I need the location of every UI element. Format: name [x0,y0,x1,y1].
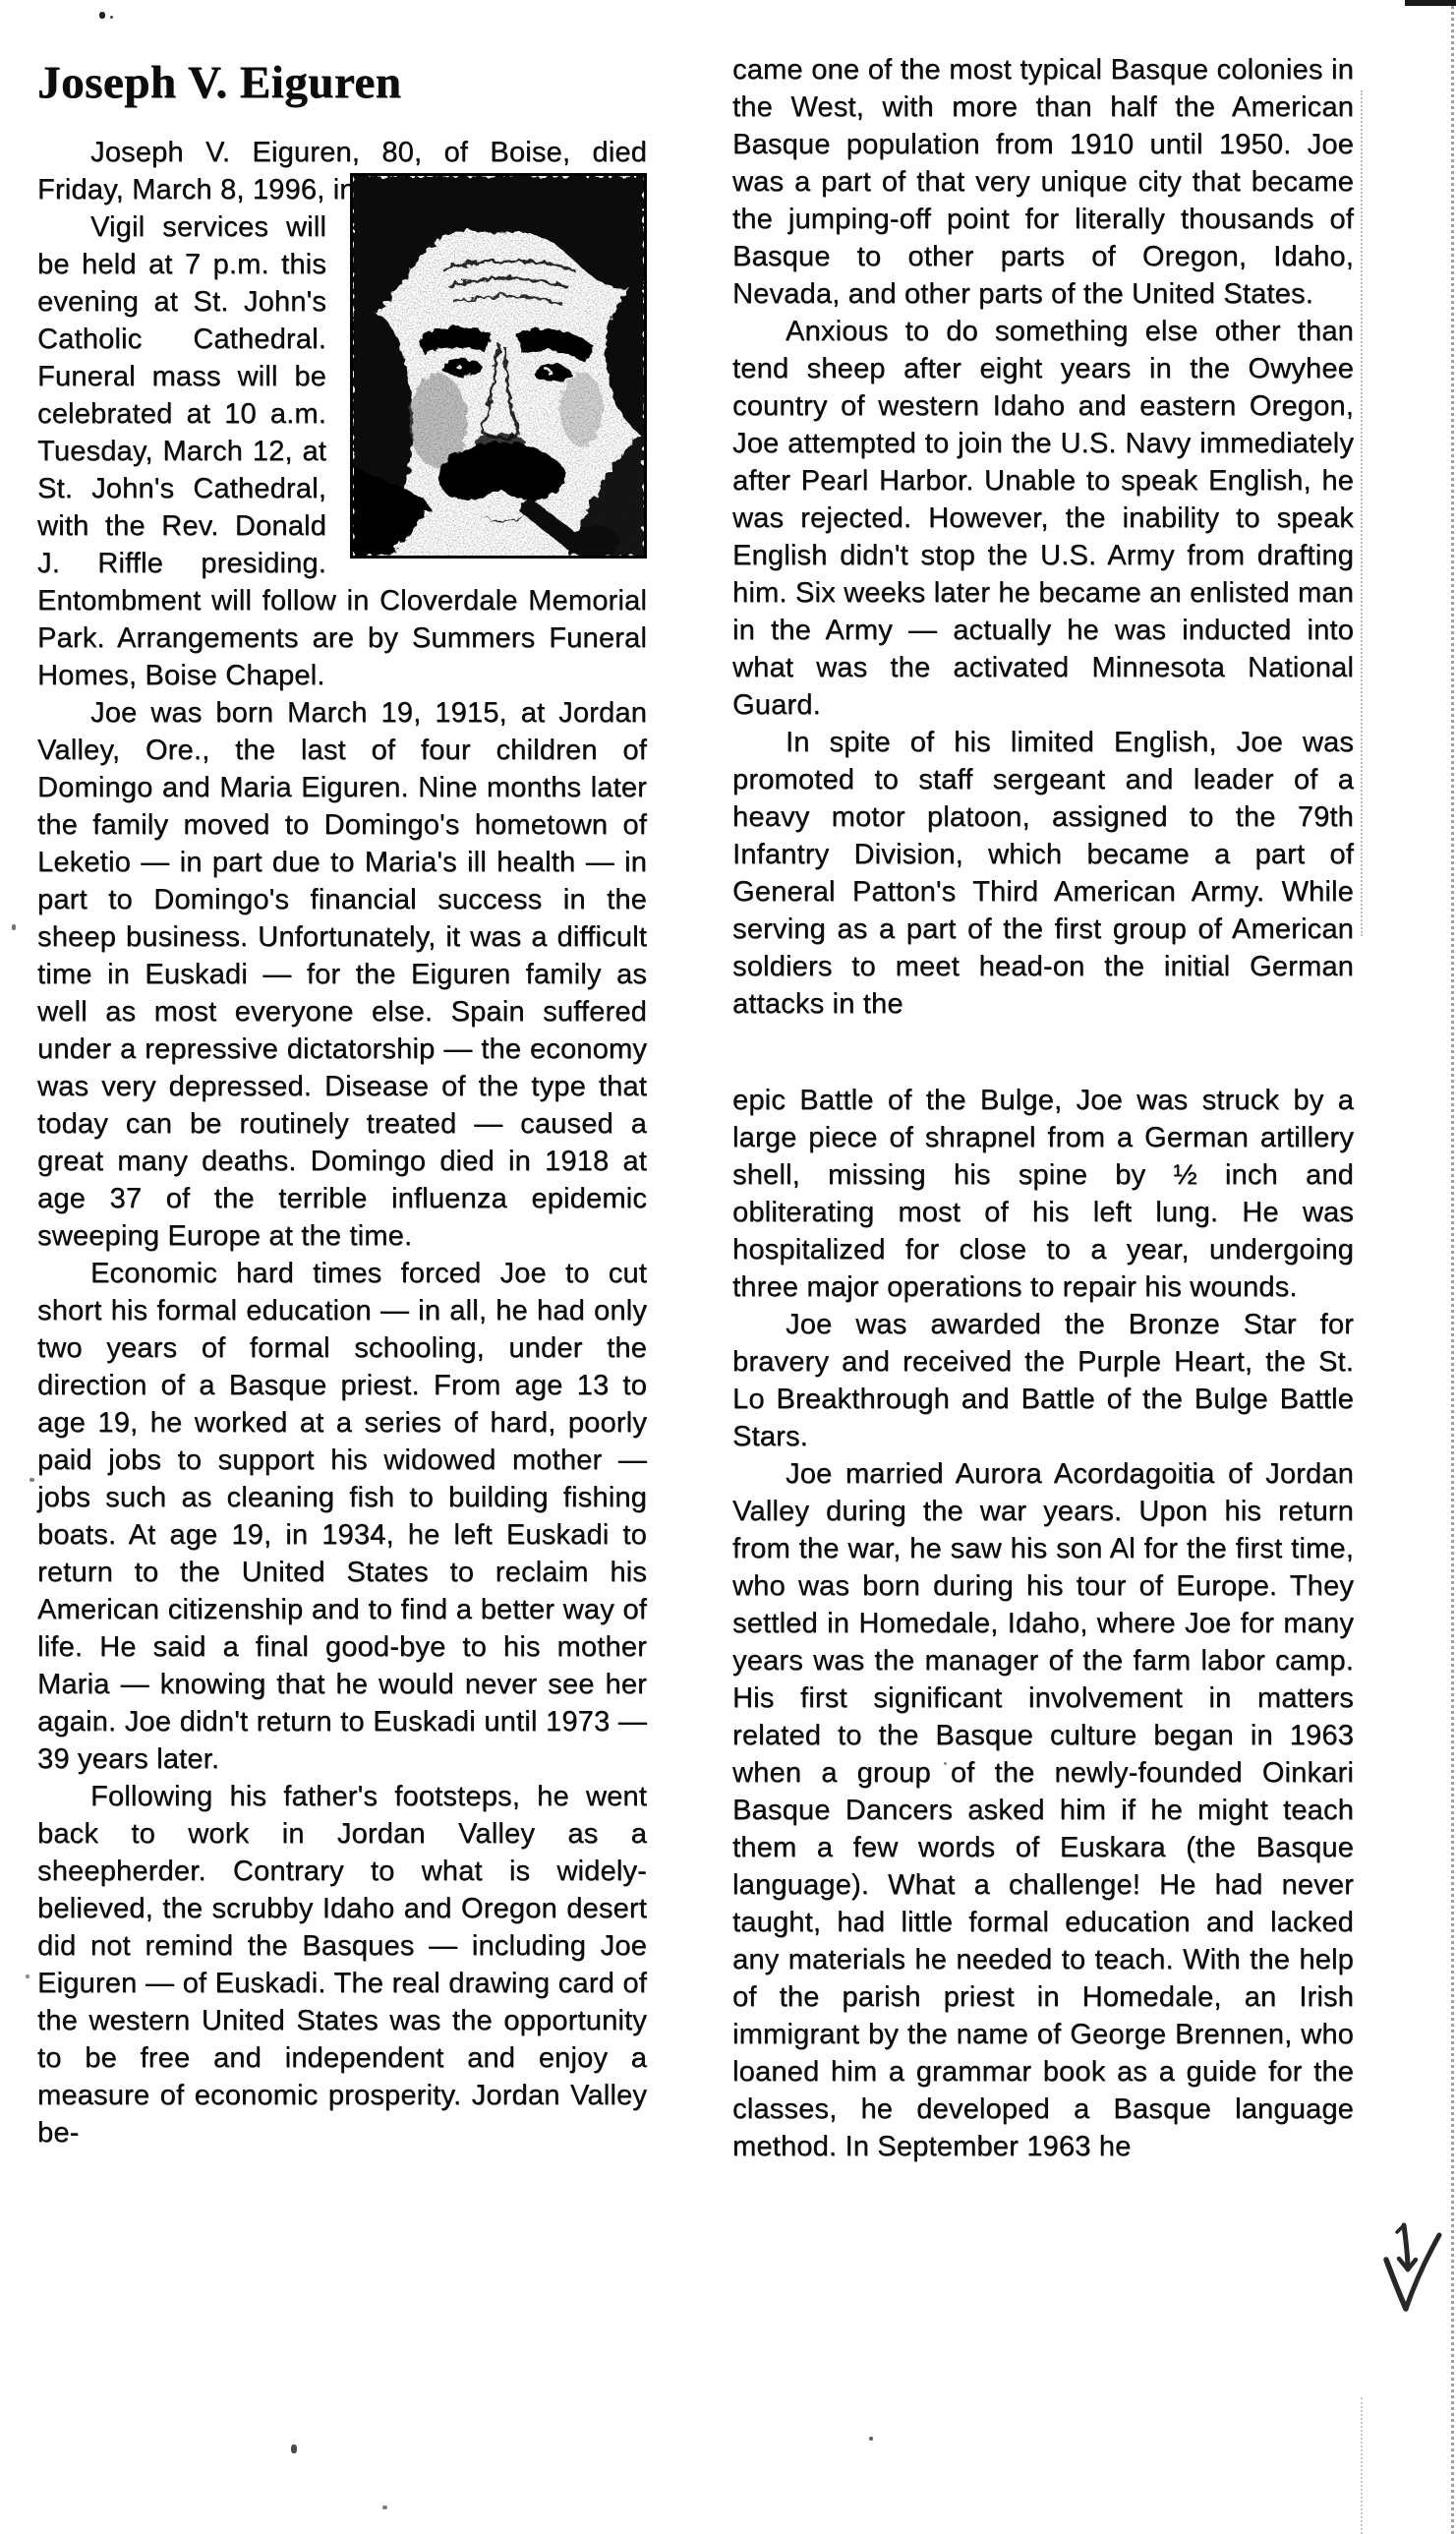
scan-dotted-rule [1451,0,1454,2534]
scan-smudge [1405,0,1456,6]
scan-speck [382,2505,387,2509]
portrait-photo-art [353,176,644,556]
obituary-paragraph: Joe was born March 19, 1915, at Jordan V… [37,694,647,1255]
scan-speck [29,1478,34,1482]
scan-speck [99,12,105,19]
obituary-paragraph: epic Battle of the Bulge, Joe was struck… [732,1082,1354,1306]
handwritten-check-arrow-mark [1374,2220,1447,2319]
newspaper-obituary-page: Joseph V. Eiguren Joseph V. Eiguren, 80,… [0,0,1456,2534]
obituary-paragraph: came one of the most typical Basque colo… [732,51,1354,313]
left-column: Joseph V. Eiguren Joseph V. Eiguren, 80,… [37,57,647,2151]
portrait-photo [350,173,647,559]
obituary-paragraph: Following his father's footsteps, he wen… [37,1778,647,2151]
scan-speck [291,2445,297,2453]
scan-speck [12,924,16,930]
scan-speck [869,2437,873,2441]
column-break-gap [732,1023,1354,1082]
obituary-paragraph: Joe married Aurora Acordagoitia of Jorda… [732,1455,1354,2165]
photo-wrap-section: Vigil services will be held at 7 p.m. th… [37,208,647,694]
obituary-paragraph: Anxious to do something else other than … [732,313,1354,724]
scan-dotted-rule [1361,90,1363,936]
right-column: came one of the most typical Basque colo… [732,51,1354,2165]
obituary-paragraph: Economic hard times forced Joe to cut sh… [37,1255,647,1778]
scan-speck [26,1974,29,1978]
scan-dotted-rule [1361,2397,1363,2534]
scan-speck [110,16,113,19]
obituary-paragraph: In spite of his limited English, Joe was… [732,724,1354,1023]
obituary-headline: Joseph V. Eiguren [37,57,647,108]
obituary-paragraph: Joe was awarded the Bronze Star for brav… [732,1306,1354,1455]
